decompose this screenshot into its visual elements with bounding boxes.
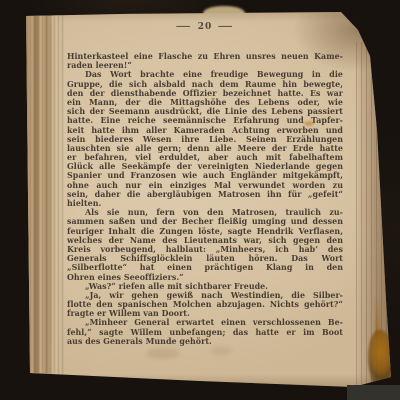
- text-line: ohne auch nur ein einziges Mal verwundet…: [67, 181, 343, 190]
- book-gutter-edge: [26, 12, 64, 374]
- text-line: aus des Generals Munde gehört.: [67, 337, 343, 346]
- text-line: Als sie nun, fern von den Matrosen, trau…: [67, 208, 343, 217]
- text-line: fragte er Willem van Doort.: [67, 309, 343, 318]
- text-line: lauschten sie alle gern; denn alle Meere…: [67, 144, 343, 153]
- text-line: Gruppe, die sich alsbald nach dem Raume …: [67, 80, 343, 89]
- text-line: flotte den spanischen Molchen abzujagen.…: [67, 300, 343, 309]
- text-line: sammen saßen und der Becher fleißig umgi…: [67, 217, 343, 226]
- book-page: —20— Hinterkasteel eine Flasche zu Ehren…: [0, 0, 400, 400]
- text-line: „Was?“ riefen alle mit sichtbarer Freude…: [67, 282, 343, 291]
- text-line: „Ja, wir gehen gewiß nach Westindien, di…: [67, 291, 343, 300]
- photo-background: —20— Hinterkasteel eine Flasche zu Ehren…: [0, 0, 400, 400]
- text-line: den der diensthabende Offizier bezeichne…: [67, 89, 343, 98]
- text-line: sein biederes Wesen ihre Liebe. Seinen E…: [67, 135, 343, 144]
- text-line: er befahren, viel erduldet, aber auch mi…: [67, 153, 343, 162]
- stain-fleck: [146, 348, 180, 359]
- text-line: Generals Schiffsglöcklein läuten hören. …: [67, 254, 343, 263]
- text-line: fehl,“ sagte Willem unbefangen; das hatt…: [67, 328, 343, 337]
- page-number: 20: [198, 22, 213, 32]
- text-line: hatte. Eine reiche seemännische Erfahrun…: [67, 116, 343, 125]
- stain-fleck: [210, 347, 232, 355]
- page-text: Hinterkasteel eine Flasche zu Ehren unsr…: [67, 52, 343, 346]
- header-dash-right: —: [218, 22, 235, 32]
- text-line: Glück alle Seekämpfe der vereinigten Nie…: [67, 162, 343, 171]
- text-line: Ohren eines Seeoffiziers.“: [67, 273, 343, 282]
- text-line: Das Wort brachte eine freudige Bewegung …: [67, 70, 343, 79]
- text-line: keit hatte ihm aller Kameraden Achtung e…: [67, 126, 343, 135]
- text-line: Hinterkasteel eine Flasche zu Ehren unsr…: [67, 52, 343, 61]
- header-dash-left: —: [175, 22, 192, 32]
- text-line: hielten.: [67, 199, 343, 208]
- text-line: sich der Seemann ausdrückt, die Linie de…: [67, 107, 343, 116]
- table-surface: [347, 385, 400, 400]
- text-line: „Minheer General erwartet einen verschlo…: [67, 318, 343, 327]
- text-line: raden leeren!“: [67, 61, 343, 70]
- text-line: welches der Name des Lieutenants war, si…: [67, 236, 343, 245]
- text-line: sein, daher die abergläubigen Matrosen i…: [67, 190, 343, 199]
- page-header: —20—: [67, 22, 343, 32]
- text-line: Kreis vorbeugend, halblaut: „Minheers, i…: [67, 245, 343, 254]
- text-line: ein Mann, der die Mittagshöhe des Lebens…: [67, 98, 343, 107]
- text-line: „Silberflotte“ hat einen prächtigen Klan…: [67, 263, 343, 272]
- stain-fleck: [304, 121, 314, 126]
- stain-mark: [368, 330, 394, 392]
- text-line: Spanier und Franzosen wie auch Engländer…: [67, 171, 343, 180]
- text-line: feuriger Inhalt die Zungen löste, sagte …: [67, 227, 343, 236]
